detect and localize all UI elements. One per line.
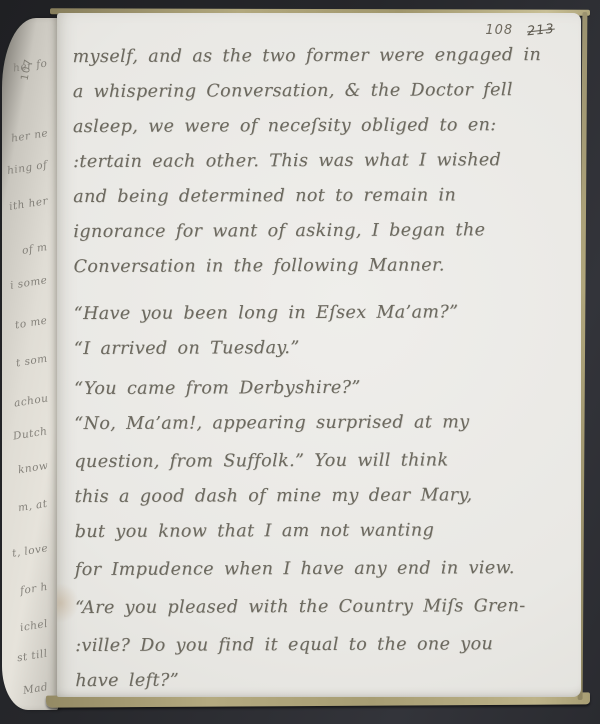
handwritten-text-block: myself, and as the two former were engag… [57, 38, 581, 697]
manuscript-line: :ville? Do you find it equal to the one … [75, 627, 576, 664]
gutter-text-fragment: t, love [11, 542, 49, 560]
manuscript-line: but you know that I am not wanting [75, 513, 576, 550]
gutter-text-fragment: m, at [18, 498, 49, 514]
manuscript-photo: 107 her fo her ne hing of ith her of m i… [0, 0, 600, 724]
manuscript-line: have left?” [75, 662, 576, 697]
gutter-text-fragment: ith her [8, 195, 49, 213]
manuscript-line: “Have you been long in Eſsex Ma’am?” [74, 295, 575, 332]
manuscript-line: ignorance for want of asking, I began th… [73, 213, 574, 250]
manuscript-line: this a good dash of mine my dear Mary, [74, 478, 575, 515]
manuscript-line: :tertain each other. This was what I wis… [73, 143, 574, 180]
manuscript-page: 108 213 myself, and as the two former we… [57, 13, 581, 697]
manuscript-line: “I arrived on Tuesday.” [74, 330, 575, 367]
manuscript-line: asleep, we were of neceſsity obliged to … [73, 108, 574, 145]
manuscript-line: “No, Ma’am!, appearing surprised at my [74, 405, 575, 442]
gutter-text-fragment: i some [10, 274, 49, 292]
gutter-text-fragment: ichel [19, 618, 49, 634]
manuscript-line: myself, and as the two former were engag… [73, 38, 574, 75]
gutter-text-fragment: know [17, 460, 49, 477]
gutter-text-fragment: hing of [7, 159, 49, 177]
gutter-text-fragment: Mad [22, 681, 49, 697]
gutter-text-fragment: Dutch [13, 425, 49, 442]
manuscript-line: “You came from Derbyshire?” [74, 370, 575, 407]
struck-page-number: 213 [526, 22, 555, 40]
manuscript-line: and being determined not to remain in [73, 178, 574, 215]
manuscript-line: question, from Suffolk.” You will think [74, 443, 575, 480]
manuscript-line: Conversation in the following Manner. [73, 248, 574, 285]
folio-numbers: 108 213 [485, 23, 555, 38]
page-number: 108 [485, 23, 513, 38]
gutter-text-fragment: her ne [10, 127, 49, 145]
gutter-text-fragment: st till [17, 648, 49, 665]
gutter-text-fragment: to me [15, 315, 49, 332]
facing-page-edge: 107 her fo her ne hing of ith her of m i… [2, 18, 58, 710]
gutter-text-fragment: t som [16, 353, 49, 370]
manuscript-line: for Impudence when I have any end in vie… [75, 551, 576, 588]
manuscript-line: “Are you pleased with the Country Miſs G… [75, 589, 576, 626]
gutter-text-fragment: achou [13, 392, 49, 409]
gutter-text-fragment: for h [19, 581, 48, 597]
manuscript-line: a whispering Conversation, & the Doctor … [73, 73, 574, 110]
gutter-text-fragment: of m [22, 241, 49, 257]
